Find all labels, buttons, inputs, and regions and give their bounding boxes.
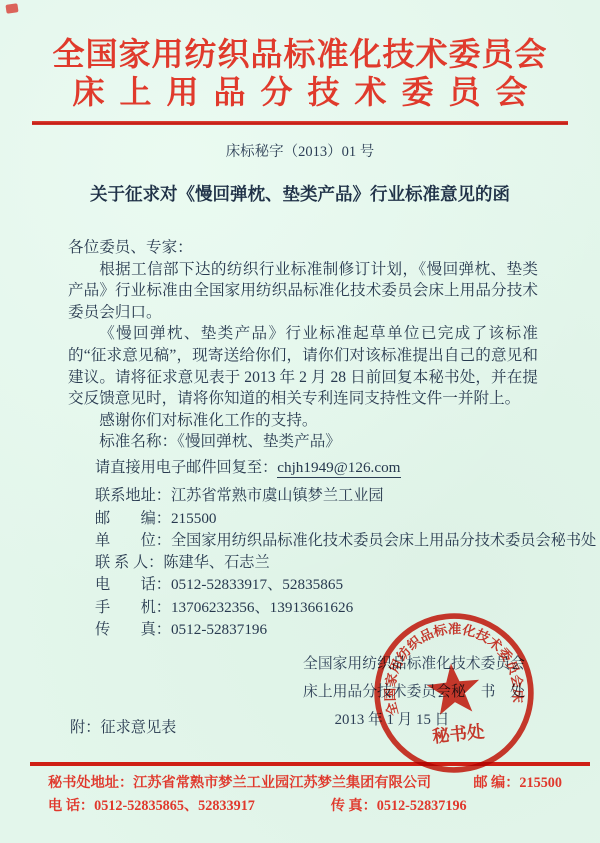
document-title: 关于征求对《慢回弹枕、垫类产品》行业标准意见的函 <box>0 181 600 206</box>
contact-label: 联系地址： <box>95 487 171 504</box>
contact-label: 传 真： <box>95 621 171 638</box>
contact-value: 0512-52833917、52835865 <box>171 576 343 593</box>
body-paragraph: 根据工信部下达的纺织行业标准制修订计划，《慢回弹枕、垫类产品》行业标准由全国家用… <box>68 259 538 324</box>
contact-row-address: 联系地址：江苏省常熟市虞山镇梦兰工业园 <box>95 485 560 507</box>
contact-value: 陈建华、石志兰 <box>163 554 269 571</box>
footer-postcode: 邮 编：215500 <box>473 772 562 795</box>
document-number: 床标秘字（2013）01 号 <box>0 140 600 161</box>
contact-label: 手 机： <box>95 599 171 616</box>
footer-phone: 电 话：0512-52835865、52833917 <box>48 795 331 818</box>
footer-line1: 秘书处地址：江苏省常熟市梦兰工业园江苏梦兰集团有限公司 邮 编：215500 <box>48 772 562 795</box>
contact-label: 联 系 人： <box>95 554 163 571</box>
signature-date: 2013 年 1 月 15 日 <box>293 706 535 734</box>
contact-label: 电 话： <box>95 576 171 593</box>
scan-artifact-mark <box>5 3 18 14</box>
contact-value: 0512-52837196 <box>171 621 267 638</box>
email-address: chjh1949@126.com <box>277 459 400 478</box>
footer-block: 秘书处地址：江苏省常熟市梦兰工业园江苏梦兰集团有限公司 邮 编：215500 电… <box>48 772 562 818</box>
footer-divider <box>30 762 590 766</box>
footer-address: 秘书处地址：江苏省常熟市梦兰工业园江苏梦兰集团有限公司 <box>48 772 431 795</box>
contact-value: 江苏省常熟市虞山镇梦兰工业园 <box>171 487 384 504</box>
body-paragraph: 感谢你们对标准化工作的支持。 <box>68 410 538 432</box>
letterhead-line2: 床上用品分技术委员会 <box>0 74 600 112</box>
contact-block: 请直接用电子邮件回复至：chjh1949@126.com 联系地址：江苏省常熟市… <box>95 457 560 641</box>
letterhead-divider <box>32 121 568 125</box>
contact-label: 单 位： <box>95 532 171 549</box>
contact-value: 215500 <box>171 510 217 527</box>
signature-block: 全国家用纺织品标准化技术委员会 床上用品分技术委员会秘 书 处 2013 年 1… <box>293 650 535 734</box>
scanned-letter-page: 全国家用纺织品标准化技术委员会 床上用品分技术委员会 床标秘字（2013）01 … <box>0 0 600 843</box>
email-reply-label: 请直接用电子邮件回复至： <box>95 459 277 476</box>
contact-row-fax: 传 真：0512-52837196 <box>95 619 560 641</box>
email-reply-line: 请直接用电子邮件回复至：chjh1949@126.com <box>95 457 560 479</box>
letterhead: 全国家用纺织品标准化技术委员会 床上用品分技术委员会 <box>0 36 600 112</box>
signature-org-line2: 床上用品分技术委员会秘 书 处 <box>293 678 535 706</box>
contact-value: 全国家用纺织品标准化技术委员会床上用品分技术委员会秘书处 <box>171 532 596 549</box>
contact-value: 13706232356、13913661626 <box>171 599 353 616</box>
salutation: 各位委员、专家： <box>68 237 538 259</box>
contact-row-person: 联 系 人：陈建华、石志兰 <box>95 552 560 574</box>
contact-row-postcode: 邮 编：215500 <box>95 508 560 530</box>
contact-row-phone: 电 话：0512-52833917、52835865 <box>95 574 560 596</box>
footer-fax: 传 真：0512-52837196 <box>331 795 467 818</box>
footer-line2: 电 话：0512-52835865、52833917 传 真：0512-5283… <box>48 795 562 818</box>
signature-org-line1: 全国家用纺织品标准化技术委员会 <box>293 650 535 678</box>
letter-body: 各位委员、专家： 根据工信部下达的纺织行业标准制修订计划，《慢回弹枕、垫类产品》… <box>68 237 538 453</box>
contact-row-mobile: 手 机：13706232356、13913661626 <box>95 597 560 619</box>
contact-label: 邮 编： <box>95 510 171 527</box>
body-paragraph: 《慢回弹枕、垫类产品》行业标准起草单位已完成了该标准的“征求意见稿”，现寄送给你… <box>68 323 538 409</box>
contact-row-unit: 单 位：全国家用纺织品标准化技术委员会床上用品分技术委员会秘书处 <box>95 530 560 552</box>
letterhead-line1: 全国家用纺织品标准化技术委员会 <box>0 36 600 74</box>
attachment-note: 附：征求意见表 <box>70 716 176 737</box>
body-paragraph: 标准名称：《慢回弹枕、垫类产品》 <box>68 431 538 453</box>
